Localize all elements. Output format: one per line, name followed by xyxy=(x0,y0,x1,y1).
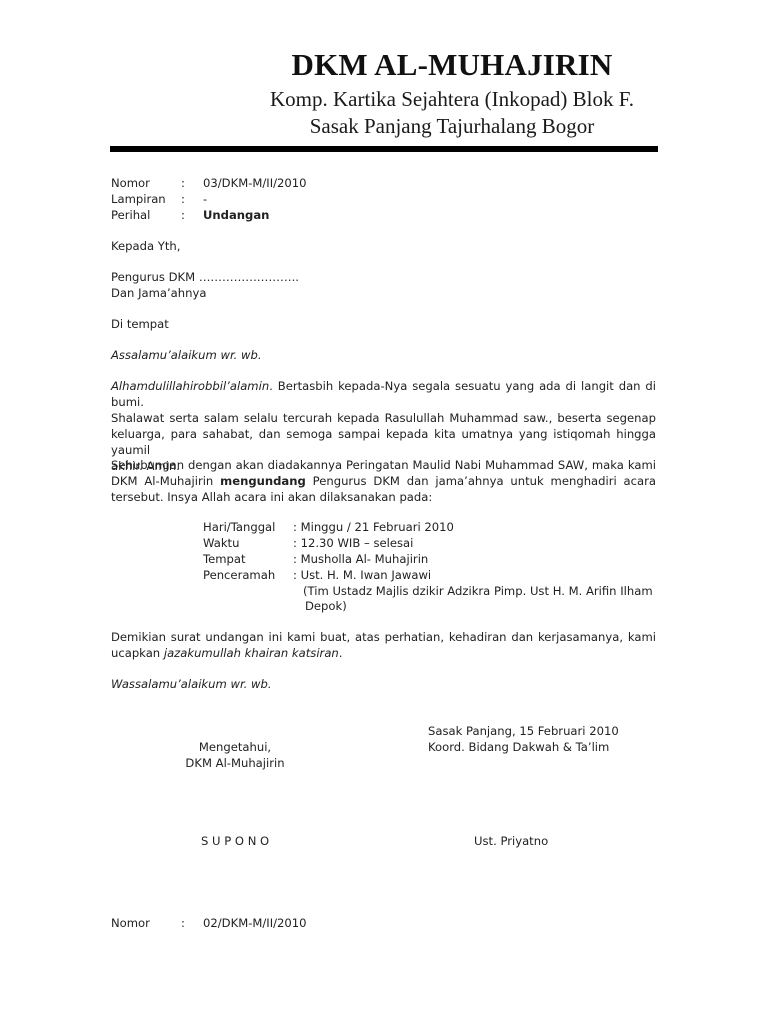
letter-page: DKM AL-MUHAJIRIN Komp. Kartika Sejahtera… xyxy=(0,0,768,1024)
paragraph-line: tersebut. Insya Allah acara ini akan dil… xyxy=(111,489,656,505)
speaker-note-line-2: Depok) xyxy=(305,598,347,614)
opening-salam: Assalamu’alaikum wr. wb. xyxy=(111,347,262,363)
closing-salam: Wassalamu’alaikum wr. wb. xyxy=(111,676,272,692)
field-value: - xyxy=(203,191,207,207)
place-date: Sasak Panjang, 15 Februari 2010 xyxy=(428,723,619,739)
field-value: Undangan xyxy=(203,207,269,223)
signer-right-title: Koord. Bidang Dakwah & Ta’lim xyxy=(428,739,609,755)
paragraph-line: DKM Al-Muhajirin mengundang Pengurus DKM… xyxy=(111,473,656,489)
field-label: Nomor xyxy=(111,175,150,191)
recipient-place: Di tempat xyxy=(111,316,169,332)
field-colon: : xyxy=(181,191,185,207)
detail-label: Waktu xyxy=(203,535,239,551)
detail-label: Hari/Tanggal xyxy=(203,519,275,535)
recipient-line-1: Pengurus DKM …………………….. xyxy=(111,269,299,285)
signer-left-name: S U P O N O xyxy=(201,833,269,849)
detail-value: : Musholla Al- Muhajirin xyxy=(293,551,428,567)
organization-address-line-1: Komp. Kartika Sejahtera (Inkopad) Blok F… xyxy=(240,86,664,112)
paragraph-line: Alhamdulillahirobbil’alamin. Bertasbih k… xyxy=(111,378,656,410)
detail-value: : Minggu / 21 Februari 2010 xyxy=(293,519,454,535)
signer-left-title-2: DKM Al-Muhajirin xyxy=(140,755,330,771)
field-colon: : xyxy=(181,207,185,223)
paragraph-line: ucapkan jazakumullah khairan katsiran. xyxy=(111,645,656,661)
field-value: 03/DKM-M/II/2010 xyxy=(203,175,307,191)
recipient-line-2: Dan Jama’ahnya xyxy=(111,285,206,301)
detail-label: Tempat xyxy=(203,551,246,567)
field-colon: : xyxy=(181,175,185,191)
organization-address-line-2: Sasak Panjang Tajurhalang Bogor xyxy=(240,113,664,139)
paragraph-line: keluarga, para sahabat, dan semoga sampa… xyxy=(111,426,656,458)
field-colon: : xyxy=(181,915,185,931)
detail-value: : 12.30 WIB – selesai xyxy=(293,535,413,551)
closing-paragraph: Demikian surat undangan ini kami buat, a… xyxy=(111,629,656,661)
signer-left-title-1: Mengetahui, xyxy=(140,739,330,755)
field-label: Lampiran xyxy=(111,191,166,207)
italic-phrase: jazakumullah khairan katsiran xyxy=(164,646,339,660)
letterhead-divider xyxy=(110,146,658,152)
paragraph-line: Demikian surat undangan ini kami buat, a… xyxy=(111,629,656,645)
speaker-note-line-1: (Tim Ustadz Majlis dzikir Adzikra Pimp. … xyxy=(303,583,653,599)
invitation-paragraph: Sehubungan dengan akan diadakannya Perin… xyxy=(111,457,656,505)
field-value: 02/DKM-M/II/2010 xyxy=(203,915,307,931)
organization-title: DKM AL-MUHAJIRIN xyxy=(250,47,654,83)
field-label: Nomor xyxy=(111,915,150,931)
field-label: Perihal xyxy=(111,207,150,223)
italic-lead: Alhamdulillahirobbil’alamin xyxy=(111,379,269,393)
detail-label: Penceramah xyxy=(203,567,275,583)
bold-keyword: mengundang xyxy=(220,474,306,488)
paragraph-line: Shalawat serta salam selalu tercurah kep… xyxy=(111,410,656,426)
detail-value: : Ust. H. M. Iwan Jawawi xyxy=(293,567,431,583)
paragraph-line: Sehubungan dengan akan diadakannya Perin… xyxy=(111,457,656,473)
recipient-greeting: Kepada Yth, xyxy=(111,238,180,254)
signer-right-name: Ust. Priyatno xyxy=(474,833,548,849)
